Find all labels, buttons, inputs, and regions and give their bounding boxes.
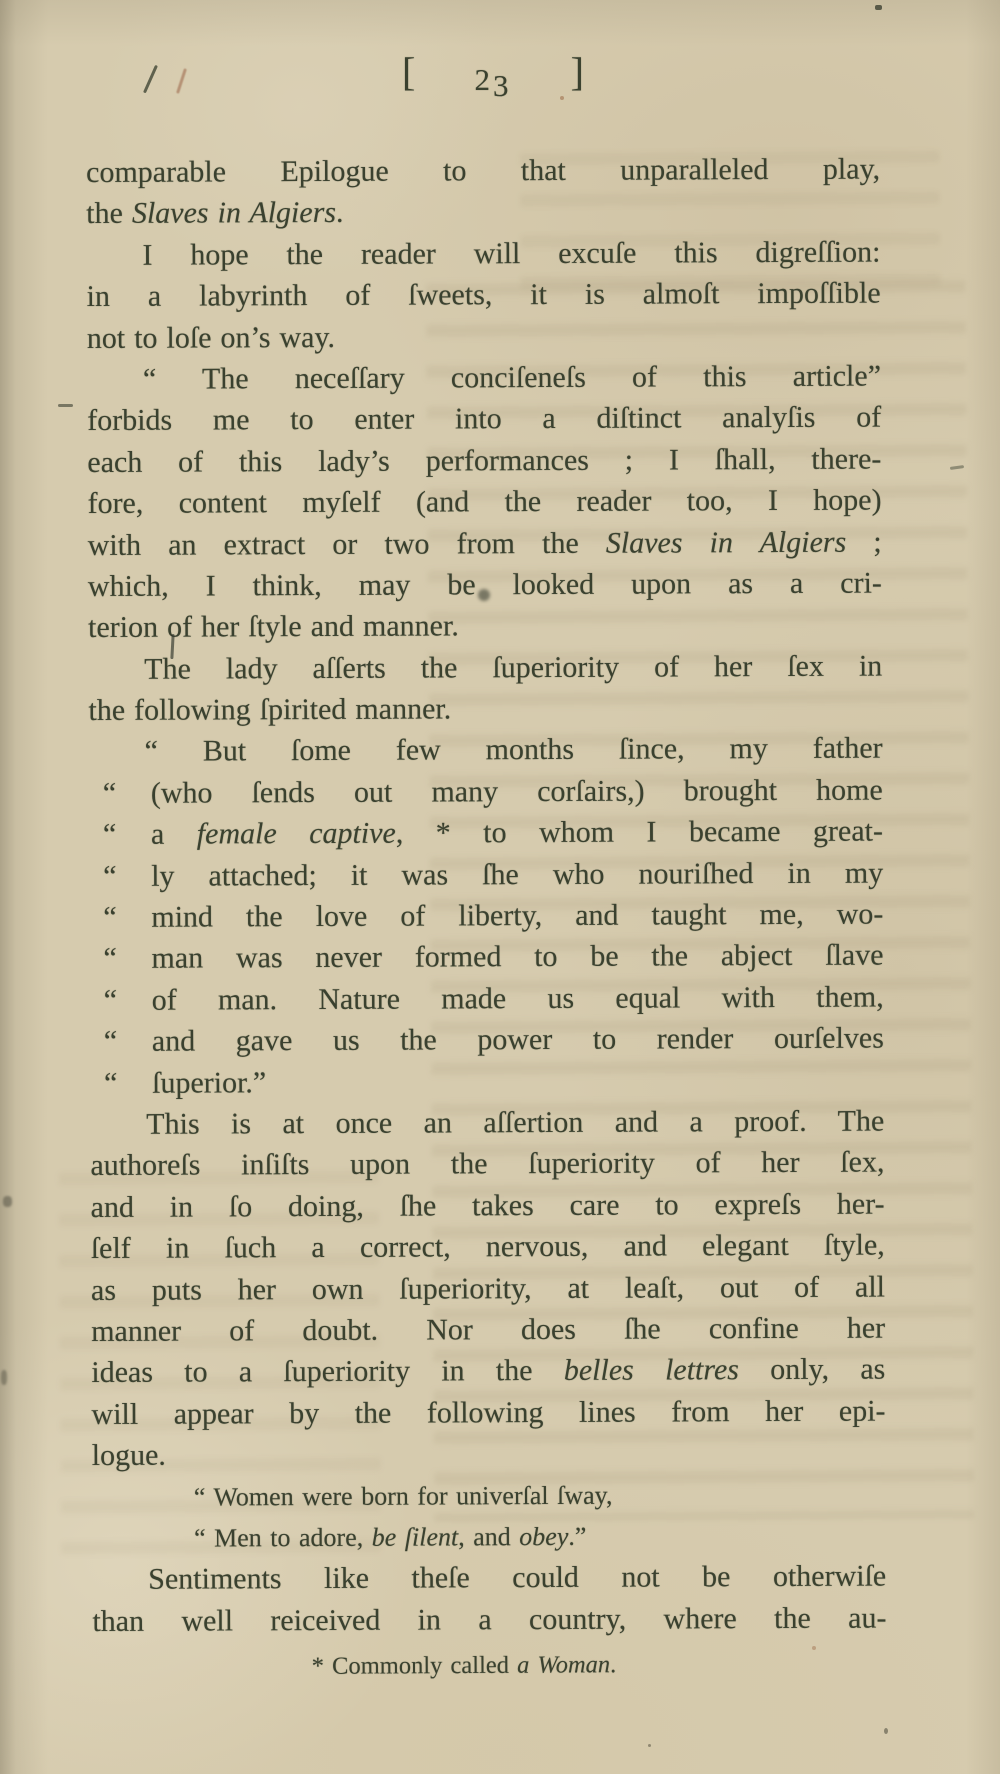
text-segment: with an extract or two from the	[88, 526, 606, 561]
text-line: comparable Epilogue to that unparalleled…	[86, 149, 880, 194]
text-line: “of man. Nature made us equal with them,	[90, 976, 884, 1021]
text-line: I hope the reader will excuſe this digre…	[86, 231, 880, 276]
page-number-digit: 3	[493, 70, 512, 101]
text-line: “ But ſome few months ſince, my father	[89, 728, 883, 773]
foxing-mark	[560, 96, 564, 100]
text-line: “ſuperior.”	[90, 1059, 884, 1104]
text-line: “ Women were born for univerſal ſway,	[194, 1473, 886, 1517]
page-number: 23	[475, 64, 512, 95]
text-segment: terion of her ſtyle and manner.	[88, 610, 459, 645]
text-segment: and in ſo doing, ſhe takes care to expre…	[91, 1187, 885, 1223]
text-segment: The lady aſſerts the ſuperiority of her …	[144, 649, 882, 685]
text-segment: (who ſends out many corſairs,) brought h…	[151, 773, 883, 809]
text-line: with an extract or two from the Slaves i…	[88, 521, 882, 566]
text-line: “man was never formed to be the abject ſ…	[89, 935, 883, 980]
text-segment: will appear by the following lines from …	[91, 1394, 885, 1430]
text-segment: Sentiments like theſe could not be other…	[148, 1560, 886, 1596]
page-number-header: [ 23 ]	[402, 52, 584, 95]
text-segment: mind the love of liberty, and taught me,…	[151, 898, 883, 934]
text-line: will appear by the following lines from …	[91, 1390, 885, 1435]
text-segment: “ Men to adore,	[194, 1523, 372, 1553]
italic-text-segment: Slaves in Algiers	[132, 196, 336, 230]
text-line: “mind the love of liberty, and taught me…	[89, 894, 883, 939]
page-text: comparable Epilogue to that unparalleled…	[86, 149, 886, 1643]
text-segment: logue.	[92, 1439, 166, 1472]
text-line: “ The neceſſary conciſeneſs of this arti…	[87, 355, 881, 400]
text-line: ſelf in ſuch a correct, nervous, and ele…	[91, 1225, 885, 1270]
text-line: and in ſo doing, ſhe takes care to expre…	[91, 1183, 885, 1228]
text-segment: the following ſpirited manner.	[88, 692, 451, 727]
text-segment: “ But ſome few months ſince, my father	[145, 732, 883, 768]
text-line: logue.	[92, 1432, 886, 1477]
hanging-quote-mark: “	[103, 938, 117, 979]
text-line: the Slaves in Algiers.	[86, 190, 880, 235]
stray-ink-mark	[143, 65, 157, 93]
text-segment: man was never formed to be the abject ſl…	[151, 939, 883, 975]
hanging-quote-mark: “	[103, 773, 117, 814]
text-line: “ly attached; it was ſhe who nouriſhed i…	[89, 852, 883, 897]
italic-text-segment: female captive	[197, 817, 396, 851]
text-segment: which, I think, may be looked upon as a …	[88, 566, 882, 602]
ink-speck	[884, 1728, 888, 1734]
text-line: as puts her own ſuperiority, at leaſt, o…	[91, 1266, 885, 1311]
text-line: manner of doubt. Nor does ſhe confine he…	[91, 1307, 885, 1352]
foxing-mark	[176, 68, 187, 94]
hanging-quote-mark: “	[103, 856, 117, 897]
text-segment: as puts her own ſuperiority, at leaſt, o…	[91, 1270, 885, 1306]
text-line: fore, content myſelf (and the reader too…	[87, 480, 881, 525]
hanging-quote-mark: “	[103, 814, 117, 855]
hanging-quote-mark: “	[104, 980, 118, 1021]
text-segment: , and	[458, 1522, 519, 1551]
italic-text-segment: belles lettres	[564, 1353, 739, 1387]
text-line: than well reiceived in a country, where …	[92, 1597, 886, 1642]
text-line: the following ſpirited manner.	[88, 687, 882, 732]
text-line: “and gave us the power to render ourſelv…	[90, 1018, 884, 1063]
text-segment: .	[336, 196, 344, 229]
text-line: forbids me to enter into a diſtinct anal…	[87, 397, 881, 442]
stray-ink-mark	[950, 465, 964, 470]
text-segment: authoreſs inſiſts upon the ſuperiority o…	[90, 1146, 884, 1182]
text-line: which, I think, may be looked upon as a …	[88, 562, 882, 607]
text-segment: ſuperior.”	[152, 1066, 266, 1099]
book-page-scan: [ 23 ] comparable Epilogue to that unpar…	[0, 0, 1000, 1774]
text-segment: ſelf in ſuch a correct, nervous, and ele…	[91, 1229, 885, 1265]
italic-text-segment: obey	[519, 1522, 568, 1551]
italic-text-segment: be ſilent	[372, 1522, 459, 1551]
text-segment: * Commonly called	[312, 1652, 518, 1680]
text-segment: not to loſe on’s way.	[87, 320, 335, 354]
text-line: “ Men to adore, be ſilent, and obey.”	[194, 1514, 886, 1558]
text-line: ideas to a ſuperiority in the belles let…	[91, 1349, 885, 1394]
hanging-quote-mark: “	[104, 1021, 118, 1062]
text-segment: .	[610, 1651, 616, 1678]
text-segment: manner of doubt. Nor does ſhe confine he…	[91, 1311, 885, 1347]
text-segment: “ Women were born for univerſal ſway,	[194, 1480, 613, 1511]
text-line: in a labyrinth of ſweets, it is almoſt i…	[87, 273, 881, 318]
text-line: “a female captive, * to whom I became gr…	[89, 811, 883, 856]
text-line: “(who ſends out many corſairs,) brought …	[89, 769, 883, 814]
page-number-digit: 2	[475, 62, 494, 97]
text-segment: , * to whom I became great-	[396, 815, 883, 850]
ink-speck	[1, 1370, 7, 1385]
text-segment: the	[86, 197, 132, 230]
text-line: The lady aſſerts the ſuperiority of her …	[88, 645, 882, 690]
text-segment: only, as	[739, 1353, 886, 1387]
text-line: each of this lady’s performances ; I ſha…	[87, 438, 881, 483]
text-segment: “ The neceſſary conciſeneſs of this arti…	[143, 359, 881, 395]
hanging-quote-mark: “	[103, 897, 117, 938]
text-segment: each of this lady’s performances ; I ſha…	[87, 442, 881, 478]
text-segment: This is at once an aſſertion and a proof…	[146, 1105, 884, 1141]
left-bracket: [	[402, 52, 415, 92]
text-segment: of man. Nature made us equal with them,	[152, 980, 884, 1016]
text-line: authoreſs inſiſts upon the ſuperiority o…	[90, 1142, 884, 1187]
text-segment: comparable Epilogue to that unparalleled…	[86, 153, 880, 189]
text-segment: forbids me to enter into a diſtinct anal…	[87, 401, 881, 437]
right-bracket: ]	[571, 52, 584, 92]
text-segment: I hope the reader will excuſe this digre…	[142, 235, 880, 271]
footnote: * Commonly called a Woman.	[0, 1649, 964, 1682]
text-segment: ;	[846, 525, 882, 558]
text-segment: ly attached; it was ſhe who nouriſhed in…	[151, 856, 883, 892]
text-line: terion of her ſtyle and manner.	[88, 604, 882, 649]
text-segment: .”	[568, 1522, 586, 1551]
text-segment: than well reiceived in a country, where …	[92, 1601, 886, 1637]
stray-ink-mark	[58, 404, 73, 407]
ink-speck	[648, 1744, 651, 1747]
text-segment: ideas to a ſuperiority in the	[91, 1354, 564, 1389]
hanging-quote-mark: “	[104, 1062, 118, 1103]
ink-speck	[3, 1196, 12, 1207]
text-line: not to loſe on’s way.	[87, 314, 881, 359]
ink-speck	[875, 5, 882, 10]
italic-text-segment: Slaves in Algiers	[606, 525, 847, 559]
text-segment: in a labyrinth of ſweets, it is almoſt i…	[87, 277, 881, 313]
text-line: Sentiments like theſe could not be other…	[92, 1556, 886, 1601]
text-segment: and gave us the power to render ourſelve…	[152, 1022, 884, 1058]
italic-text-segment: a Woman	[517, 1651, 610, 1678]
text-line: This is at once an aſſertion and a proof…	[90, 1101, 884, 1146]
text-segment: a	[151, 818, 197, 851]
text-segment: fore, content myſelf (and the reader too…	[87, 484, 881, 520]
